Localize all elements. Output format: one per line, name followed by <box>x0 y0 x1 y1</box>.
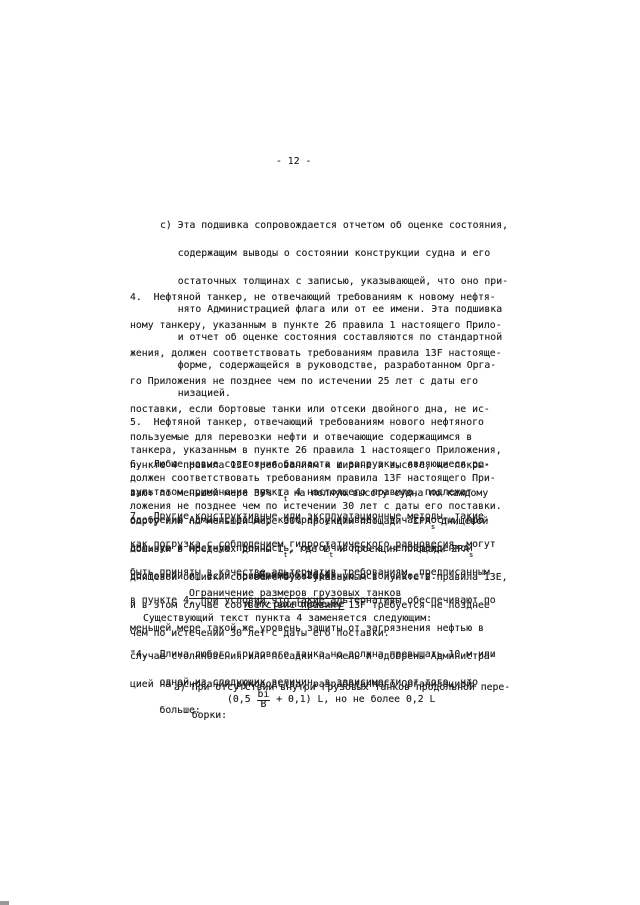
text-line: 5. Нефтяной танкер, отвечающий требовани… <box>130 418 502 427</box>
text-line: содержащим выводы о состоянии конструкци… <box>160 249 508 258</box>
text-line: 6. Любые новые состояния балласта и загр… <box>130 460 490 469</box>
intro-line: Существующий текст пункта 4 заменяется с… <box>143 614 432 623</box>
formula-open: (0,5 <box>227 695 257 704</box>
fraction-denominator: B <box>257 701 271 710</box>
text-line: 4. Нефтяной танкер, не отвечающий требов… <box>130 293 508 302</box>
fraction-bi-over-B: biB <box>257 691 271 710</box>
scan-artifact <box>0 901 9 905</box>
text-line: ному танкеру, указанным в пункте 26 прав… <box>130 321 508 330</box>
tank-length-formula: (0,5 biB + 0,1) L, но не более 0,2 L <box>227 688 435 712</box>
text-line: как погрузка с соблюдением гидростатичес… <box>130 540 496 549</box>
text-line: борки: <box>174 711 510 720</box>
text-line: го Приложения не позднее чем по истечени… <box>130 377 508 386</box>
rule-title-line-1: Ограничение размеров грузовых танков <box>189 589 401 598</box>
text-line: "4. Длина любого грузового танка не долж… <box>130 650 496 659</box>
rule-title-line-2: и их расположение <box>244 600 344 609</box>
rule-heading: Правило 24(4) <box>259 571 336 580</box>
document-page: - 12 - c) Эта подшивка сопровождается от… <box>0 0 640 905</box>
text-line: 7. Другие конструктивные или эксплуатаци… <box>130 512 496 521</box>
text-line: жения, должен соответствовать требования… <box>130 349 508 358</box>
page-number: - 12 - <box>276 157 311 166</box>
formula-rest: + 0,1) L, но не более 0,2 L <box>270 695 435 704</box>
text-line: c) Эта подшивка сопровождается отчетом о… <box>160 221 508 230</box>
